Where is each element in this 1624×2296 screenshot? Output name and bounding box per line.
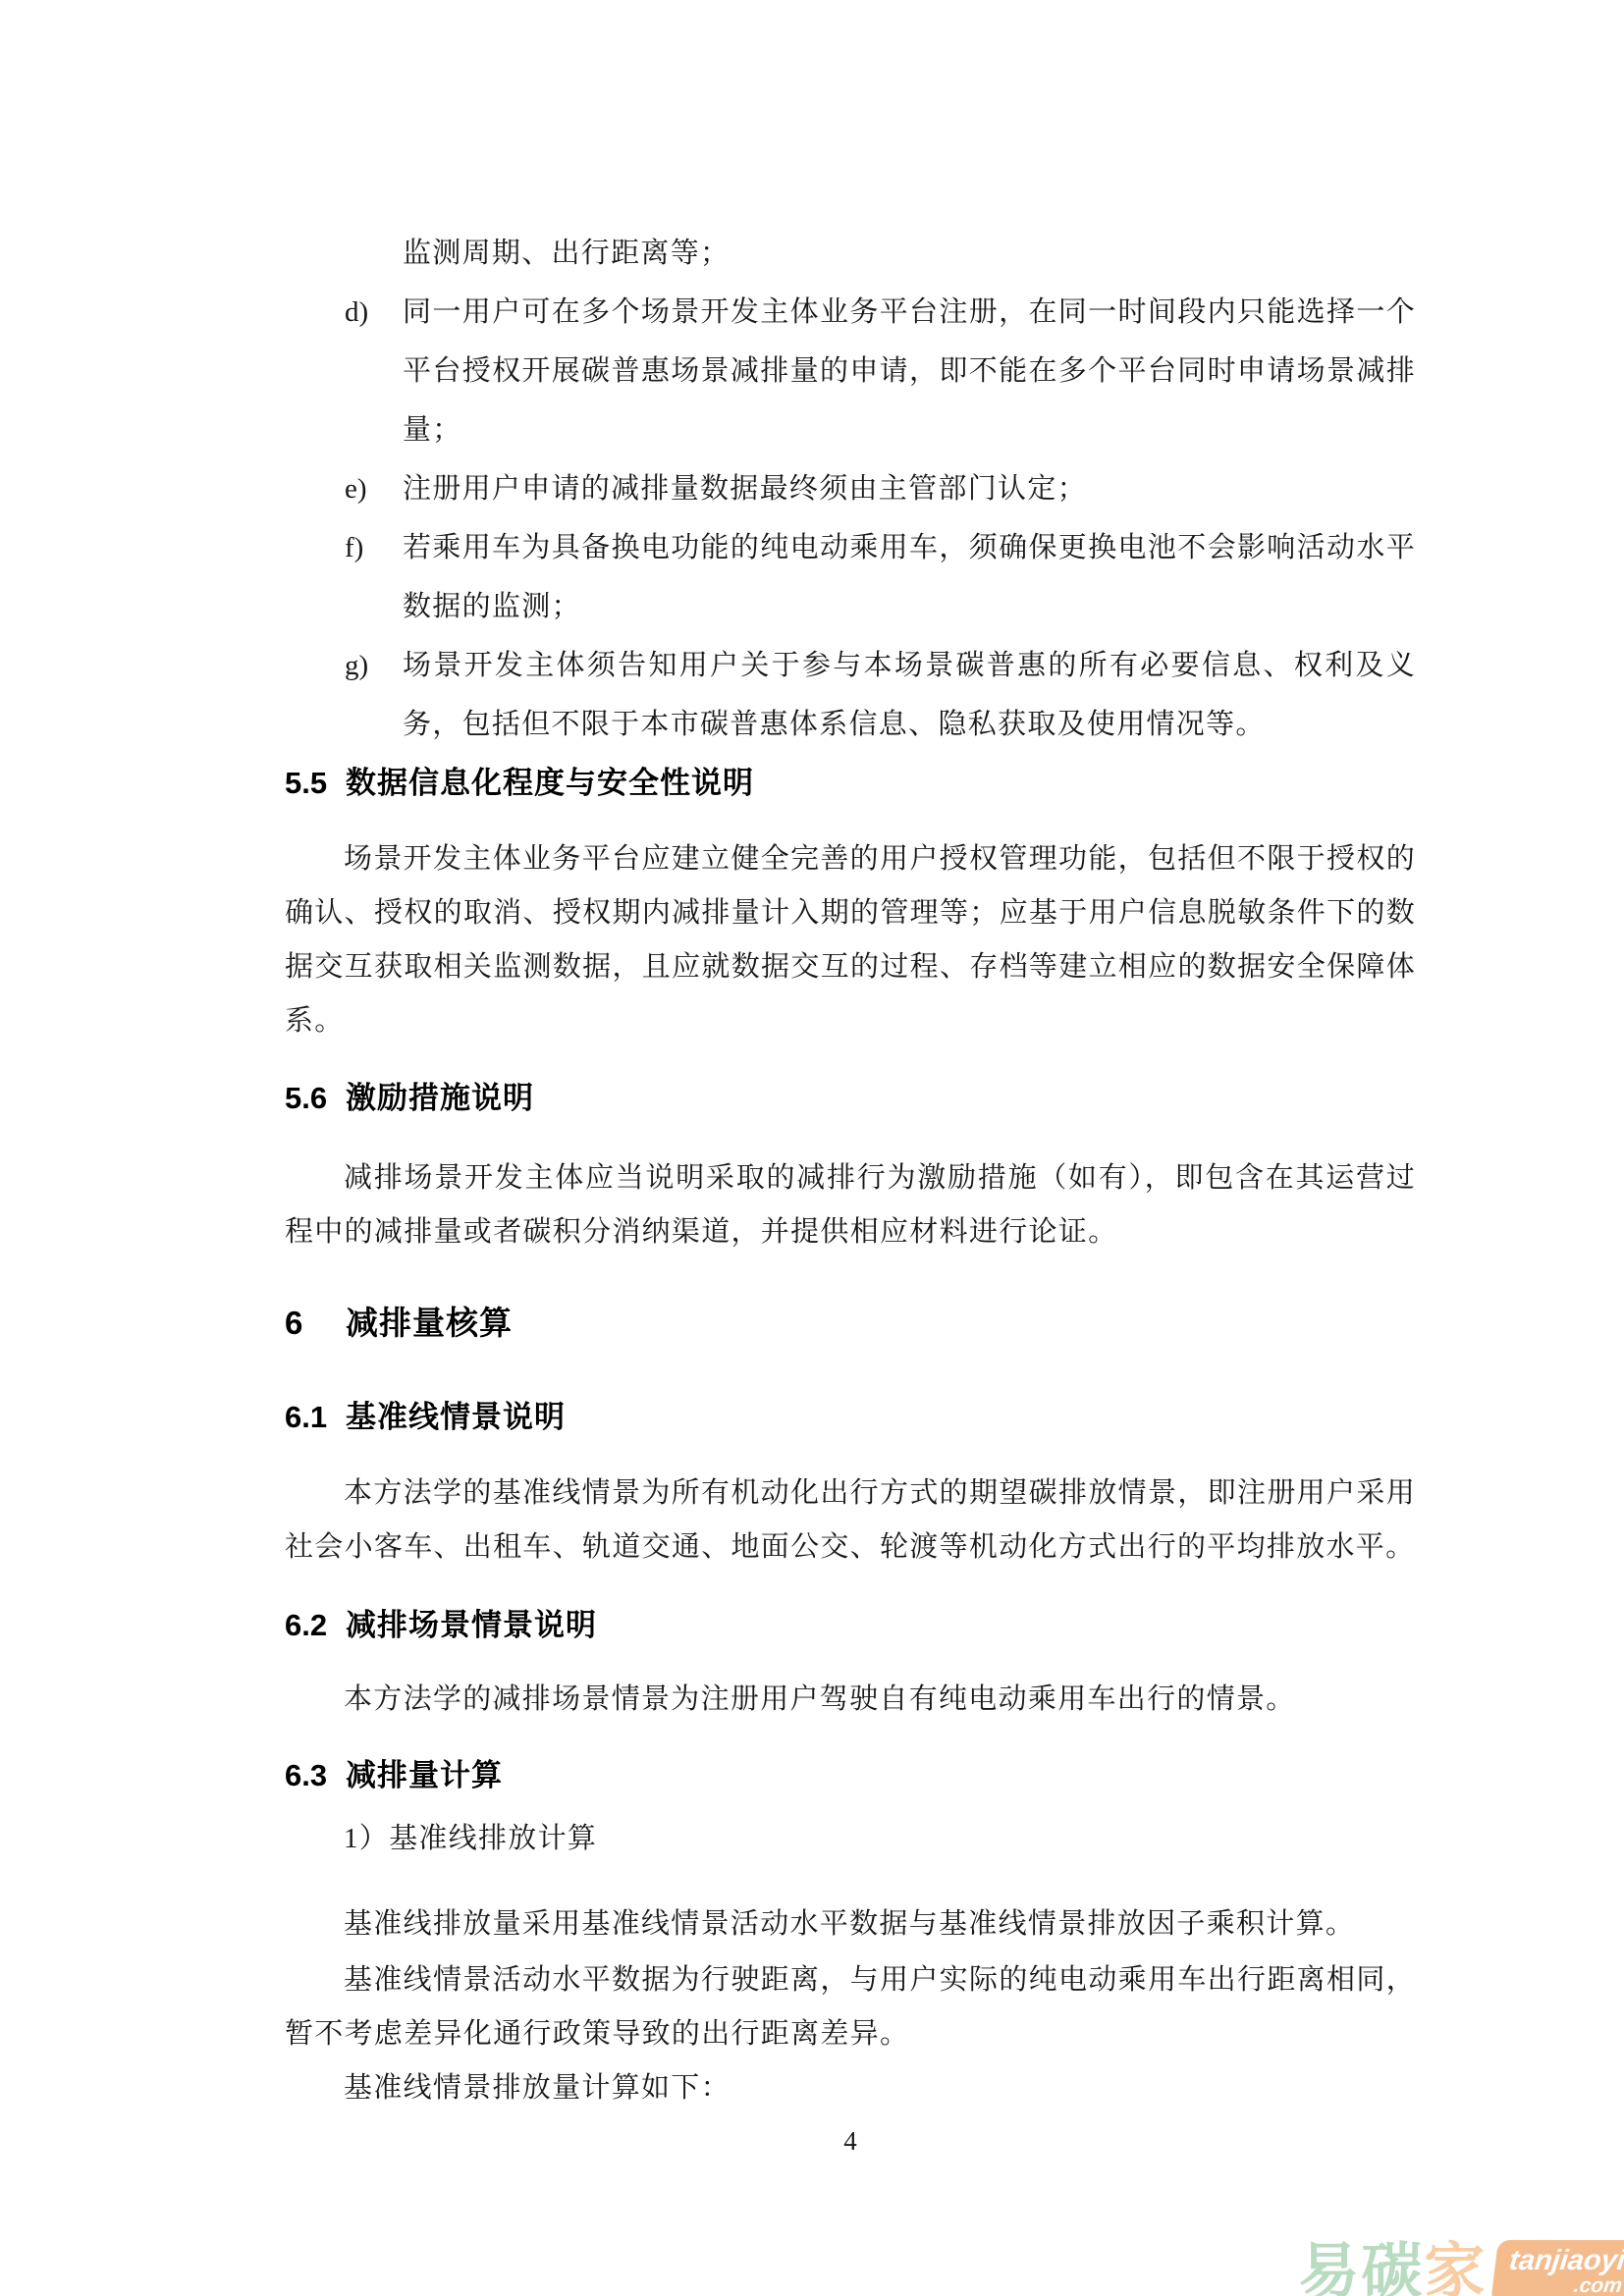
heading-title: 减排量计算 [346,1758,503,1792]
paragraph: 基准线情景排放量计算如下： [285,2061,1416,2115]
document-content: 监测周期、出行距离等； d) 同一用户可在多个场景开发主体业务平台注册，在同一时… [285,224,1416,2161]
section-heading-6-2: 6.2减排场景情景说明 [285,1606,1416,1645]
paragraph-numbered-subitem: 1）基准线排放计算 [285,1812,1416,1866]
list-item-f: f) 若乘用车为具备换电功能的纯电动乘用车，须确保更换电池不会影响活动水平数据的… [285,518,1416,636]
paragraph: 本方法学的减排场景情景为注册用户驾驶自有纯电动乘用车出行的情景。 [285,1673,1416,1727]
section-heading-5-5: 5.5数据信息化程度与安全性说明 [285,764,1416,803]
list-item-g: g) 场景开发主体须告知用户关于参与本场景碳普惠的所有必要信息、权利及义务，包括… [285,636,1416,754]
heading-title: 减排量核算 [346,1305,513,1341]
watermark-badge-domain: tanjiaoyi [1508,2246,1624,2275]
heading-title: 基准线情景说明 [346,1400,566,1434]
heading-number: 6.1 [285,1398,346,1437]
list-item-marker: e) [345,459,367,518]
paragraph: 场景开发主体业务平台应建立健全完善的用户授权管理功能，包括但不限于授权的确认、授… [285,832,1416,1048]
document-page: 监测周期、出行距离等； d) 同一用户可在多个场景开发主体业务平台注册，在同一时… [0,0,1624,2296]
list-item-text: 若乘用车为具备换电功能的纯电动乘用车，须确保更换电池不会影响活动水平数据的监测； [403,532,1416,622]
watermark-badge-tld: .com [1505,2275,1623,2296]
list-continuation-line: 监测周期、出行距离等； [285,224,1416,283]
section-heading-5-6: 5.6激励措施说明 [285,1079,1416,1118]
heading-number: 6.2 [285,1606,346,1645]
heading-number: 6.3 [285,1756,346,1795]
list-item-marker: g) [345,636,368,695]
watermark-text-green: 易碳 [1298,2242,1424,2296]
list-item-text: 同一用户可在多个场景开发主体业务平台注册，在同一时间段内只能选择一个平台授权开展… [403,296,1416,446]
heading-number: 6 [285,1303,346,1344]
page-number: 4 [285,2121,1416,2161]
chapter-heading-6: 6减排量核算 [285,1303,1416,1344]
list-item-marker: d) [345,283,368,342]
heading-title: 减排场景情景说明 [346,1608,597,1642]
ordered-list: 监测周期、出行距离等； d) 同一用户可在多个场景开发主体业务平台注册，在同一时… [285,224,1416,754]
watermark-badge: tanjiaoyi .com [1490,2240,1624,2296]
heading-number: 5.6 [285,1079,346,1118]
paragraph: 基准线情景活动水平数据为行驶距离，与用户实际的纯电动乘用车出行距离相同，暂不考虑… [285,1953,1416,2061]
heading-title: 数据信息化程度与安全性说明 [346,766,754,800]
heading-title: 激励措施说明 [346,1081,534,1115]
list-item-text: 注册用户申请的减排量数据最终须由主管部门认定； [403,473,1087,505]
list-item-text: 场景开发主体须告知用户关于参与本场景碳普惠的所有必要信息、权利及义务，包括但不限… [403,650,1416,740]
paragraph: 本方法学的基准线情景为所有机动化出行方式的期望碳排放情景，即注册用户采用社会小客… [285,1467,1416,1575]
watermark: 易碳 家 tanjiaoyi .com [1298,2240,1624,2296]
list-item-e: e) 注册用户申请的减排量数据最终须由主管部门认定； [285,459,1416,518]
list-item-marker: f) [345,518,363,577]
paragraph: 减排场景开发主体应当说明采取的减排行为激励措施（如有），即包含在其运营过程中的减… [285,1151,1416,1259]
heading-number: 5.5 [285,764,346,803]
watermark-text-orange: 家 [1424,2242,1485,2296]
section-heading-6-3: 6.3减排量计算 [285,1756,1416,1795]
paragraph: 基准线排放量采用基准线情景活动水平数据与基准线情景排放因子乘积计算。 [285,1897,1416,1951]
section-heading-6-1: 6.1基准线情景说明 [285,1398,1416,1437]
list-item-d: d) 同一用户可在多个场景开发主体业务平台注册，在同一时间段内只能选择一个平台授… [285,283,1416,459]
